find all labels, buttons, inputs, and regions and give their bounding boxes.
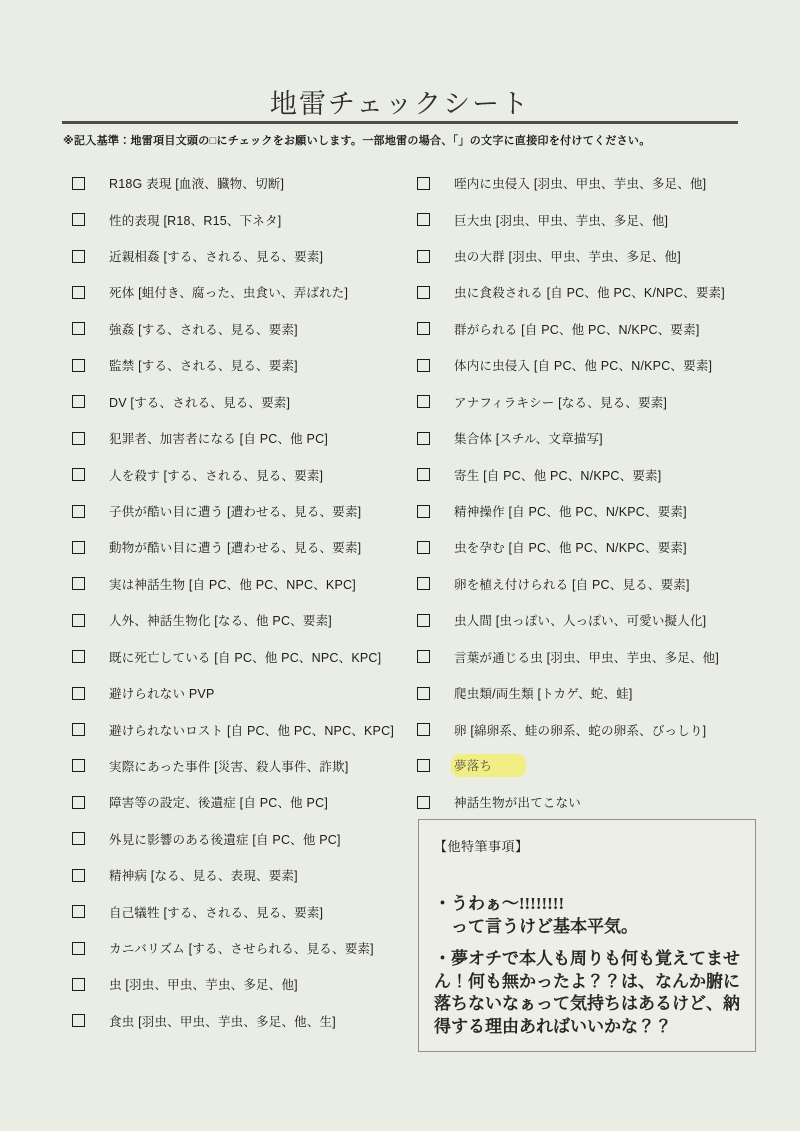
item-label: 人を殺す [する、される、見る、要素]	[109, 466, 323, 484]
item-label: DV [する、される、見る、要素]	[109, 393, 290, 411]
item-label: 精神操作 [自 PC、他 PC、N/KPC、要素]	[454, 502, 687, 520]
checklist-item: DV [する、される、見る、要素]	[72, 384, 412, 420]
item-checkbox[interactable]	[417, 432, 430, 445]
checklist-item: 死体 [蛆付き、腐った、虫食い、弄ばれた]	[72, 274, 412, 310]
checklist-item: 虫の大群 [羽虫、甲虫、芋虫、多足、他]	[417, 238, 767, 274]
item-label: R18G 表現 [血液、臓物、切断]	[109, 174, 284, 192]
item-label: 寄生 [自 PC、他 PC、N/KPC、要素]	[454, 466, 661, 484]
item-checkbox[interactable]	[417, 796, 430, 809]
item-checkbox[interactable]	[72, 432, 85, 445]
instruction-note: ※記入基準：地雷項目文頭の□にチェックをお願いします。一部地雷の場合、「」の文字…	[63, 132, 753, 148]
checklist-item: 虫に食殺される [自 PC、他 PC、K/NPC、要素]	[417, 274, 767, 310]
checklist-item: 集合体 [スチル、文章描写]	[417, 420, 767, 456]
special-notes-box: 【他特筆事項】 ・うわぁ〜!!!!!!!! って言うけど基本平気。 ・夢オチで本…	[418, 819, 756, 1052]
checklist-item: 群がられる [自 PC、他 PC、N/KPC、要素]	[417, 311, 767, 347]
item-label: 監禁 [する、される、見る、要素]	[109, 356, 298, 374]
item-label: 言葉が通じる虫 [羽虫、甲虫、芋虫、多足、他]	[454, 648, 719, 666]
item-label: 虫 [羽虫、甲虫、芋虫、多足、他]	[109, 975, 298, 993]
checklist-item: 性的表現 [R18、R15、下ネタ]	[72, 201, 412, 237]
item-label: 虫を孕む [自 PC、他 PC、N/KPC、要素]	[454, 538, 687, 556]
item-checkbox[interactable]	[72, 577, 85, 590]
item-label: 避けられない PVP	[109, 684, 215, 702]
item-checkbox[interactable]	[417, 759, 430, 772]
checklist-item: 神話生物が出てこない	[417, 784, 767, 820]
checklist-item: 犯罪者、加害者になる [自 PC、他 PC]	[72, 420, 412, 456]
item-checkbox[interactable]	[72, 286, 85, 299]
checklist-item: 言葉が通じる虫 [羽虫、甲虫、芋虫、多足、他]	[417, 638, 767, 674]
item-label: 死体 [蛆付き、腐った、虫食い、弄ばれた]	[109, 283, 348, 301]
memo1-line2: って言うけど基本平気。	[434, 917, 638, 936]
item-label: カニバリズム [する、させられる、見る、要素]	[109, 939, 374, 957]
item-label: 既に死亡している [自 PC、他 PC、NPC、KPC]	[109, 648, 381, 666]
checklist-item: 障害等の設定、後遺症 [自 PC、他 PC]	[72, 784, 412, 820]
item-label: 咥内に虫侵入 [羽虫、甲虫、芋虫、多足、他]	[454, 174, 706, 192]
item-checkbox[interactable]	[72, 359, 85, 372]
checklist-item: 夢落ち	[417, 748, 767, 784]
item-label: 巨大虫 [羽虫、甲虫、芋虫、多足、他]	[454, 211, 668, 229]
item-label: 動物が酷い目に遭う [遭わせる、見る、要素]	[109, 538, 361, 556]
checklist-item: 虫を孕む [自 PC、他 PC、N/KPC、要素]	[417, 529, 767, 565]
page-title: 地雷チェックシート	[0, 82, 800, 121]
item-checkbox[interactable]	[417, 723, 430, 736]
checklist-item: 爬虫類/両生類 [トカゲ、蛇、蛙]	[417, 675, 767, 711]
checklist-column-right: 咥内に虫侵入 [羽虫、甲虫、芋虫、多足、他]巨大虫 [羽虫、甲虫、芋虫、多足、他…	[417, 165, 767, 821]
checklist-item: 動物が酷い目に遭う [遭わせる、見る、要素]	[72, 529, 412, 565]
item-checkbox[interactable]	[417, 541, 430, 554]
item-checkbox[interactable]	[417, 650, 430, 663]
checklist-item: 巨大虫 [羽虫、甲虫、芋虫、多足、他]	[417, 201, 767, 237]
item-checkbox[interactable]	[417, 687, 430, 700]
item-checkbox[interactable]	[72, 505, 85, 518]
item-checkbox[interactable]	[72, 250, 85, 263]
item-checkbox[interactable]	[72, 723, 85, 736]
item-checkbox[interactable]	[72, 687, 85, 700]
checklist-item: カニバリズム [する、させられる、見る、要素]	[72, 930, 412, 966]
item-label: 性的表現 [R18、R15、下ネタ]	[109, 211, 281, 229]
item-checkbox[interactable]	[72, 541, 85, 554]
checksheet-page: 地雷チェックシート ※記入基準：地雷項目文頭の□にチェックをお願いします。一部地…	[0, 0, 800, 1131]
item-checkbox[interactable]	[417, 395, 430, 408]
item-label: 強姦 [する、される、見る、要素]	[109, 320, 298, 338]
checklist-item: 食虫 [羽虫、甲虫、芋虫、多足、他、生]	[72, 1003, 412, 1039]
item-label: アナフィラキシー [なる、見る、要素]	[454, 393, 667, 411]
notes-memo-1: ・うわぁ〜!!!!!!!! って言うけど基本平気。	[434, 893, 741, 938]
checklist-item: 咥内に虫侵入 [羽虫、甲虫、芋虫、多足、他]	[417, 165, 767, 201]
item-checkbox[interactable]	[417, 577, 430, 590]
checklist-item: 人外、神話生物化 [なる、他 PC、要素]	[72, 602, 412, 638]
checklist-item: 人を殺す [する、される、見る、要素]	[72, 456, 412, 492]
item-checkbox[interactable]	[417, 505, 430, 518]
item-label: 人外、神話生物化 [なる、他 PC、要素]	[109, 611, 332, 629]
item-label: 障害等の設定、後遺症 [自 PC、他 PC]	[109, 793, 328, 811]
checklist-item: 寄生 [自 PC、他 PC、N/KPC、要素]	[417, 456, 767, 492]
item-checkbox[interactable]	[417, 614, 430, 627]
item-label: 虫に食殺される [自 PC、他 PC、K/NPC、要素]	[454, 283, 725, 301]
checklist-item: 避けられない PVP	[72, 675, 412, 711]
item-checkbox[interactable]	[72, 869, 85, 882]
item-label: 卵 [綿卵系、蛙の卵系、蛇の卵系、びっしり]	[454, 721, 706, 739]
item-label: 精神病 [なる、見る、表現、要素]	[109, 866, 298, 884]
item-checkbox[interactable]	[72, 177, 85, 190]
item-checkbox[interactable]	[72, 978, 85, 991]
memo1-line1: ・うわぁ〜!!!!!!!!	[434, 894, 564, 913]
item-label-highlighted: 夢落ち	[451, 754, 526, 777]
item-checkbox[interactable]	[417, 286, 430, 299]
item-label: 群がられる [自 PC、他 PC、N/KPC、要素]	[454, 320, 700, 338]
item-checkbox[interactable]	[417, 250, 430, 263]
item-label: 体内に虫侵入 [自 PC、他 PC、N/KPC、要素]	[454, 356, 712, 374]
checklist-item: 実際にあった事件 [災害、殺人事件、詐欺]	[72, 748, 412, 784]
checklist-item: 精神病 [なる、見る、表現、要素]	[72, 857, 412, 893]
item-label: 虫人間 [虫っぽい、人っぽい、可愛い擬人化]	[454, 611, 706, 629]
item-label: 神話生物が出てこない	[454, 793, 581, 811]
checklist-item: 強姦 [する、される、見る、要素]	[72, 311, 412, 347]
checklist-item: 監禁 [する、される、見る、要素]	[72, 347, 412, 383]
item-label: 食虫 [羽虫、甲虫、芋虫、多足、他、生]	[109, 1012, 336, 1030]
checklist-item: 体内に虫侵入 [自 PC、他 PC、N/KPC、要素]	[417, 347, 767, 383]
item-label: 卵を植え付けられる [自 PC、見る、要素]	[454, 575, 690, 593]
checklist-item: 実は神話生物 [自 PC、他 PC、NPC、KPC]	[72, 566, 412, 602]
item-label: 爬虫類/両生類 [トカゲ、蛇、蛙]	[454, 684, 633, 702]
item-checkbox[interactable]	[72, 614, 85, 627]
checklist-item: 近親相姦 [する、される、見る、要素]	[72, 238, 412, 274]
checklist-item: R18G 表現 [血液、臓物、切断]	[72, 165, 412, 201]
item-checkbox[interactable]	[417, 213, 430, 226]
checklist-item: 避けられないロスト [自 PC、他 PC、NPC、KPC]	[72, 711, 412, 747]
checklist-item: 虫人間 [虫っぽい、人っぽい、可愛い擬人化]	[417, 602, 767, 638]
checklist-item: 卵 [綿卵系、蛙の卵系、蛇の卵系、びっしり]	[417, 711, 767, 747]
title-divider	[62, 121, 738, 124]
checklist-item: 子供が酷い目に遭う [遭わせる、見る、要素]	[72, 493, 412, 529]
item-checkbox[interactable]	[72, 905, 85, 918]
item-checkbox[interactable]	[417, 359, 430, 372]
item-checkbox[interactable]	[72, 759, 85, 772]
item-label: 虫の大群 [羽虫、甲虫、芋虫、多足、他]	[454, 247, 681, 265]
checklist-item: アナフィラキシー [なる、見る、要素]	[417, 384, 767, 420]
item-label: 避けられないロスト [自 PC、他 PC、NPC、KPC]	[109, 721, 394, 739]
item-label: 自己犠牲 [する、される、見る、要素]	[109, 903, 323, 921]
item-checkbox[interactable]	[72, 832, 85, 845]
checklist-column-left: R18G 表現 [血液、臓物、切断]性的表現 [R18、R15、下ネタ]近親相姦…	[72, 165, 412, 1039]
notes-header: 【他特筆事項】	[434, 836, 741, 855]
item-checkbox[interactable]	[72, 322, 85, 335]
checklist-item: 虫 [羽虫、甲虫、芋虫、多足、他]	[72, 966, 412, 1002]
item-label: 集合体 [スチル、文章描写]	[454, 429, 603, 447]
checklist-item: 既に死亡している [自 PC、他 PC、NPC、KPC]	[72, 638, 412, 674]
item-checkbox[interactable]	[72, 650, 85, 663]
item-checkbox[interactable]	[417, 468, 430, 481]
item-checkbox[interactable]	[72, 942, 85, 955]
checklist-item: 精神操作 [自 PC、他 PC、N/KPC、要素]	[417, 493, 767, 529]
item-label: 実際にあった事件 [災害、殺人事件、詐欺]	[109, 757, 349, 775]
item-label: 外見に影響のある後遺症 [自 PC、他 PC]	[109, 830, 341, 848]
item-checkbox[interactable]	[417, 177, 430, 190]
item-label: 子供が酷い目に遭う [遭わせる、見る、要素]	[109, 502, 361, 520]
item-checkbox[interactable]	[72, 395, 85, 408]
item-checkbox[interactable]	[72, 213, 85, 226]
item-checkbox[interactable]	[72, 468, 85, 481]
checklist-item: 自己犠牲 [する、される、見る、要素]	[72, 893, 412, 929]
item-checkbox[interactable]	[417, 322, 430, 335]
item-label: 近親相姦 [する、される、見る、要素]	[109, 247, 323, 265]
item-checkbox[interactable]	[72, 796, 85, 809]
checklist-item: 外見に影響のある後遺症 [自 PC、他 PC]	[72, 821, 412, 857]
item-label: 犯罪者、加害者になる [自 PC、他 PC]	[109, 429, 328, 447]
notes-memo-2: ・夢オチで本人も周りも何も覚えてません！何も無かったよ？？は、なんか腑に落ちない…	[434, 948, 741, 1038]
item-checkbox[interactable]	[72, 1014, 85, 1027]
checklist-item: 卵を植え付けられる [自 PC、見る、要素]	[417, 566, 767, 602]
item-label: 実は神話生物 [自 PC、他 PC、NPC、KPC]	[109, 575, 356, 593]
